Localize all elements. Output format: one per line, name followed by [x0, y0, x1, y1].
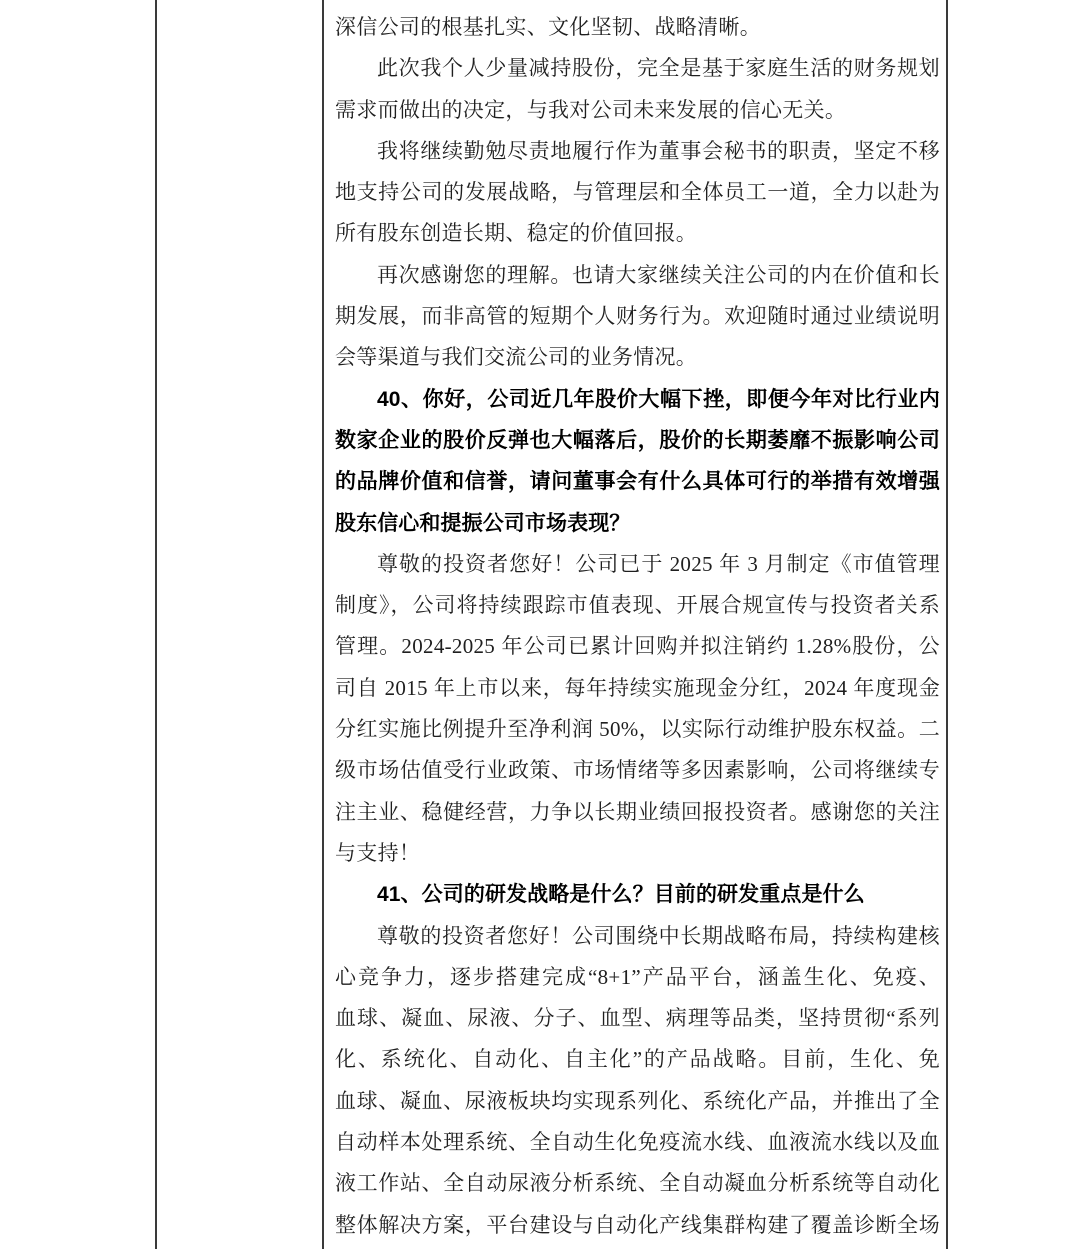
text-line: 期发展，而非高管的短期个人财务行为。欢迎随时通过业绩说明 — [335, 296, 940, 337]
text-line: 再次感谢您的理解。也请大家继续关注公司的内在价值和长 — [335, 255, 940, 296]
table-border-right — [946, 0, 948, 1249]
text-line: 制度》，公司将持续跟踪市值表现、开展合规宣传与投资者关系 — [335, 585, 940, 626]
text-line: 血球、凝血、尿液、分子、血型、病理等品类，坚持贯彻“系列 — [335, 998, 940, 1039]
text-line: 我将继续勤勉尽责地履行作为董事会秘书的职责，坚定不移 — [335, 131, 940, 172]
text-line: 会等渠道与我们交流公司的业务情况。 — [335, 337, 940, 378]
text-line: 液工作站、全自动尿液分析系统、全自动凝血分析系统等自动化 — [335, 1163, 940, 1204]
text-line: 股东信心和提振公司市场表现？ — [335, 503, 940, 544]
text-line: 化、系统化、自动化、自主化”的产品战略。目前，生化、免疫、 — [335, 1039, 940, 1080]
text-line: 需求而做出的决定，与我对公司未来发展的信心无关。 — [335, 90, 940, 131]
text-line: 分红实施比例提升至净利润 50%，以实际行动维护股东权益。二 — [335, 709, 940, 750]
text-line: 心竞争力，逐步搭建完成“8+1”产品平台，涵盖生化、免疫、 — [335, 957, 940, 998]
text-line: 所有股东创造长期、稳定的价值回报。 — [335, 213, 940, 254]
text-line: 的品牌价值和信誉，请问董事会有什么具体可行的举措有效增强 — [335, 461, 940, 502]
text-line: 地支持公司的发展战略，与管理层和全体员工一道，全力以赴为 — [335, 172, 940, 213]
table-cell-empty — [157, 0, 322, 1249]
text-line: 此次我个人少量减持股份，完全是基于家庭生活的财务规划 — [335, 48, 940, 89]
text-line: 40、你好，公司近几年股价大幅下挫，即便今年对比行业内 — [335, 379, 940, 420]
text-line: 整体解决方案，平台建设与自动化产线集群构建了覆盖诊断全场 — [335, 1205, 940, 1246]
text-line: 与支持！ — [335, 833, 940, 874]
text-line: 尊敬的投资者您好！公司围绕中长期战略布局，持续构建核 — [335, 916, 940, 957]
text-line: 注主业、稳健经营，力争以长期业绩回报投资者。感谢您的关注 — [335, 792, 940, 833]
text-line: 尊敬的投资者您好！公司已于 2025 年 3 月制定《市值管理 — [335, 544, 940, 585]
text-line: 血球、凝血、尿液板块均实现系列化、系统化产品，并推出了全 — [335, 1081, 940, 1122]
table-cell-content: 深信公司的根基扎实、文化坚韧、战略清晰。此次我个人少量减持股份，完全是基于家庭生… — [335, 0, 940, 1249]
text-line: 数家企业的股价反弹也大幅落后，股价的长期萎靡不振影响公司 — [335, 420, 940, 461]
text-line: 级市场估值受行业政策、市场情绪等多因素影响，公司将继续专 — [335, 750, 940, 791]
text-line: 管理。2024-2025 年公司已累计回购并拟注销约 1.28%股份，公 — [335, 626, 940, 667]
text-line: 深信公司的根基扎实、文化坚韧、战略清晰。 — [335, 7, 940, 48]
table-border-middle — [322, 0, 324, 1249]
text-line: 41、公司的研发战略是什么？目前的研发重点是什么 — [335, 874, 940, 915]
text-line: 自动样本处理系统、全自动生化免疫流水线、血液流水线以及血 — [335, 1122, 940, 1163]
document-page: 深信公司的根基扎实、文化坚韧、战略清晰。此次我个人少量减持股份，完全是基于家庭生… — [0, 0, 1080, 1249]
text-line: 司自 2015 年上市以来，每年持续实施现金分红，2024 年度现金 — [335, 668, 940, 709]
